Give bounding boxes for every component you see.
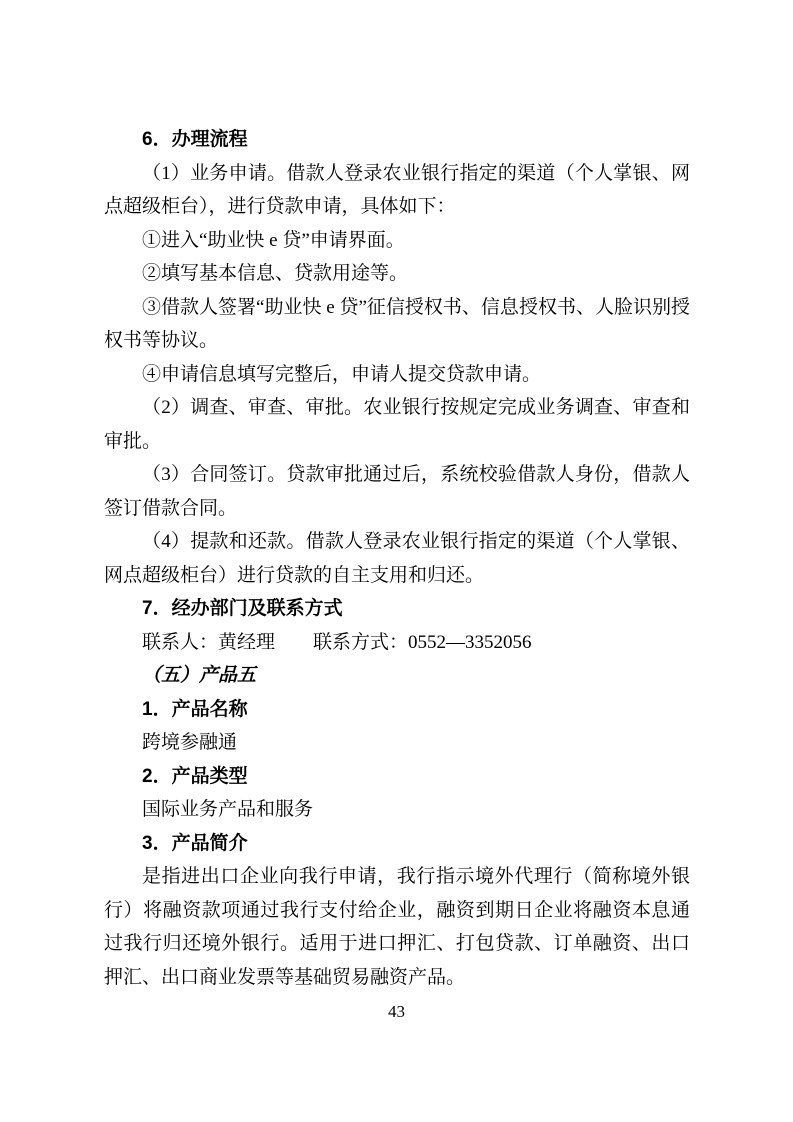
document-body: 6．办理流程 （1）业务申请。借款人登录农业银行指定的渠道（个人掌银、网点超级柜… bbox=[104, 123, 690, 994]
paragraph-product-type: 国际业务产品和服务 bbox=[104, 793, 690, 827]
paragraph-substep-1: ①进入“助业快 e 贷”申请界面。 bbox=[104, 224, 690, 258]
page-number: 43 bbox=[0, 1001, 793, 1023]
paragraph-substep-4: ④申请信息填写完整后，申请人提交贷款申请。 bbox=[104, 358, 690, 392]
paragraph-contact-info: 联系人：黄经理 联系方式：0552—3352056 bbox=[104, 626, 690, 660]
document-page: 6．办理流程 （1）业务申请。借款人登录农业银行指定的渠道（个人掌银、网点超级柜… bbox=[0, 0, 793, 1122]
section-heading-contact: 7．经办部门及联系方式 bbox=[104, 592, 690, 626]
section-heading-product-5: （五）产品五 bbox=[104, 659, 690, 693]
paragraph-product-name: 跨境参融通 bbox=[104, 726, 690, 760]
section-heading-product-name: 1．产品名称 bbox=[104, 693, 690, 727]
paragraph-step-1-application: （1）业务申请。借款人登录农业银行指定的渠道（个人掌银、网点超级柜台），进行贷款… bbox=[104, 157, 690, 224]
section-heading-process: 6．办理流程 bbox=[104, 123, 690, 157]
section-heading-product-intro: 3．产品简介 bbox=[104, 827, 690, 861]
paragraph-step-4-repayment: （4）提款和还款。借款人登录农业银行指定的渠道（个人掌银、网点超级柜台）进行贷款… bbox=[104, 525, 690, 592]
paragraph-product-intro: 是指进出口企业向我行申请，我行指示境外代理行（简称境外银行）将融资款项通过我行支… bbox=[104, 860, 690, 994]
paragraph-step-2-review: （2）调查、审查、审批。农业银行按规定完成业务调查、审查和审批。 bbox=[104, 391, 690, 458]
section-heading-product-type: 2．产品类型 bbox=[104, 760, 690, 794]
paragraph-substep-2: ②填写基本信息、贷款用途等。 bbox=[104, 257, 690, 291]
paragraph-step-3-contract: （3）合同签订。贷款审批通过后，系统校验借款人身份，借款人签订借款合同。 bbox=[104, 458, 690, 525]
paragraph-substep-3: ③借款人签署“助业快 e 贷”征信授权书、信息授权书、人脸识别授权书等协议。 bbox=[104, 291, 690, 358]
